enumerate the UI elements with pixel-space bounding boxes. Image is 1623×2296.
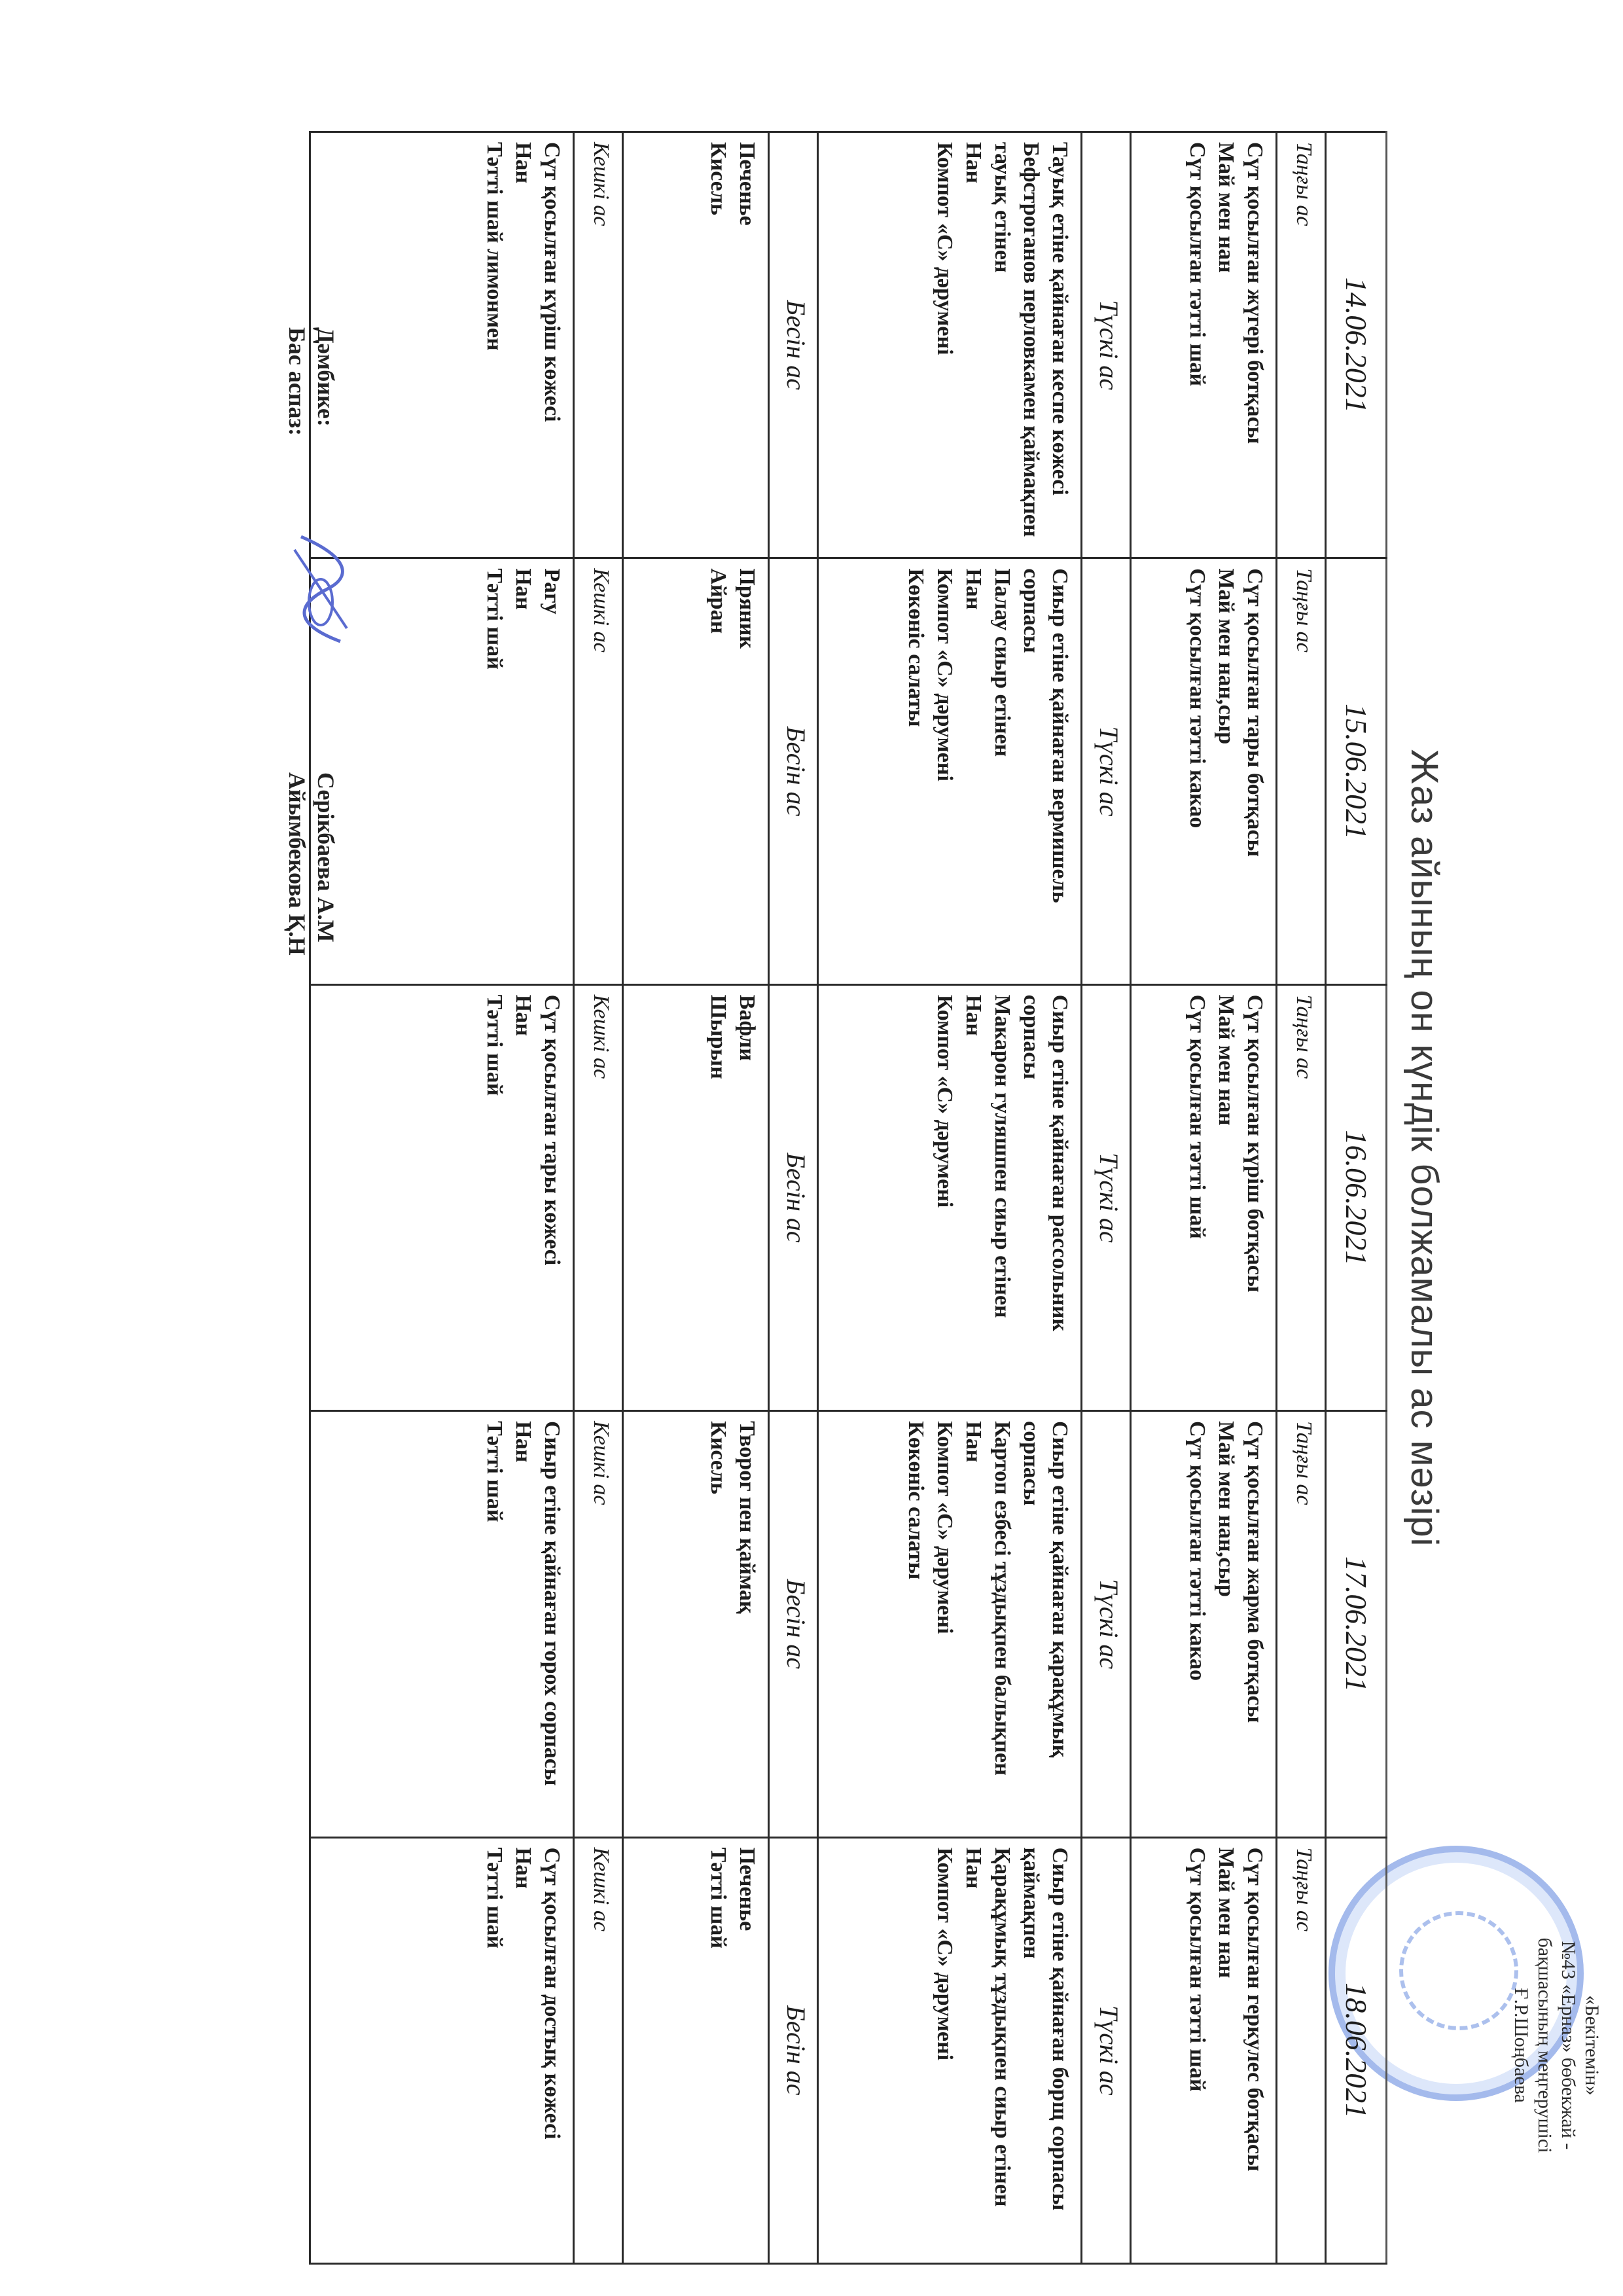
approval-stamp: «Бекітемін» №43 «Ерназ» бөбекжай - бақша… (1509, 1833, 1603, 2258)
menu-item: Компот «С» дәрумені (930, 1848, 959, 2253)
snack-items: ПеченьеТәтті шай (623, 1837, 769, 2263)
day-date: 14.06.2021 (1326, 132, 1387, 558)
menu-item: Компот «С» дәрумені (930, 1421, 959, 1827)
menu-item: Сүт қосылған тары көжесі (537, 995, 566, 1401)
menu-item: Вафли (732, 995, 761, 1401)
lunch-items: Сиыр етіне қайнаған қарақұмық сорпасыКар… (818, 1411, 1082, 1837)
signature-name: Серікбаева А.М (312, 772, 340, 942)
day-date: 18.06.2021 (1326, 1837, 1387, 2263)
day-date: 15.06.2021 (1326, 558, 1387, 984)
dinner-label-row: Кешкі асКешкі асКешкі асКешкі асКешкі ас (574, 132, 623, 2264)
menu-item: Компот «С» дәрумені (930, 142, 959, 548)
menu-item: Сүт қосылған күріш ботқасы (1240, 995, 1269, 1401)
menu-item: Май мен нан,сыр (1211, 568, 1240, 974)
menu-item: Тәтті шай (480, 995, 508, 1401)
breakfast-items: Сүт қосылған тары ботқасыМай мен нан,сыр… (1131, 558, 1277, 984)
approval-line: «Бекітемін» (1580, 1833, 1603, 2258)
snack-items: ВафлиШырын (623, 984, 769, 1410)
breakfast-label: Таңғы ас (1277, 558, 1326, 984)
menu-item: Май мен нан (1211, 1848, 1240, 2253)
menu-item: Сүт қосылған жарма ботқасы (1240, 1421, 1269, 1827)
menu-item: Печенье (732, 1848, 761, 2253)
menu-item: Кисель (704, 1421, 732, 1827)
menu-item: Сиыр етіне қайнаған горох сорпасы (537, 1421, 566, 1827)
dinner-label: Кешкі ас (574, 1411, 623, 1837)
lunch-items: Сиыр етіне қайнаған вермишель сорпасыПал… (818, 558, 1082, 984)
menu-item: Сиыр етіне қайнаған рассольник сорпасы (1016, 995, 1074, 1401)
lunch-label-row: Түскі асТүскі асТүскі асТүскі асТүскі ас (1082, 132, 1131, 2264)
menu-item: Кисель (704, 142, 732, 548)
snack-label: Бесін ас (769, 558, 818, 984)
menu-item: Қарақұмық тұздықпен сиыр етінен (988, 1848, 1016, 2253)
snack-items: ПряникАйран (623, 558, 769, 984)
snack-label: Бесін ас (769, 1837, 818, 2263)
menu-item: Компот «С» дәрумені (930, 995, 959, 1401)
breakfast-items: Сүт қосылған жарма ботқасыМай мен нан,сы… (1131, 1411, 1277, 1837)
menu-item: Сүт қосылған тары ботқасы (1240, 568, 1269, 974)
dinner-items: РагуНанТәтті шай (310, 558, 574, 984)
breakfast-items: Сүт қосылған күріш ботқасыМай мен нанСүт… (1131, 984, 1277, 1410)
menu-item: Нан (508, 1848, 537, 2253)
menu-item: Сүт қосылған жүгері ботқасы (1240, 142, 1269, 548)
breakfast-items: Сүт қосылған жүгері ботқасыМай мен нанСү… (1131, 132, 1277, 558)
menu-document: «Бекітемін» №43 «Ерназ» бөбекжай - бақша… (0, 0, 1623, 2296)
lunch-label: Түскі ас (1082, 984, 1131, 1410)
lunch-label: Түскі ас (1082, 1837, 1131, 2263)
day-date: 16.06.2021 (1326, 984, 1387, 1410)
menu-item: Май мен нан (1211, 142, 1240, 548)
menu-item: Сүт қосылған тәтті шай (1183, 142, 1211, 548)
menu-item: Сүт қосылған геркулес ботқасы (1240, 1848, 1269, 2253)
dinner-items: Сүт қосылған тары көжесіНанТәтті шай (310, 984, 574, 1410)
signature-name: Айымбекова Қ.Н (283, 772, 312, 956)
menu-item: Сиыр етіне қайнаған қарақұмық сорпасы (1016, 1421, 1074, 1827)
lunch-label: Түскі ас (1082, 1411, 1131, 1837)
menu-item: Сүт қосылған тәтті какао (1183, 1421, 1211, 1827)
date-row: 14.06.202115.06.202116.06.202117.06.2021… (1326, 132, 1387, 2264)
menu-item: Нан (508, 568, 537, 974)
breakfast-label: Таңғы ас (1277, 1837, 1326, 2263)
dinner-items-row: Сүт қосылған күріш көжесіНанТәтті шай ли… (310, 132, 574, 2264)
lunch-items: Тауық етіне қайнаған кеспе көжесіБефстро… (818, 132, 1082, 558)
dinner-label: Кешкі ас (574, 984, 623, 1410)
snack-items: Творог пен қаймақКисель (623, 1411, 769, 1837)
menu-item: Сүт қосылған достық көжесі (537, 1848, 566, 2253)
menu-item: Печенье (732, 142, 761, 548)
menu-item: Көкөніс салаты (901, 1421, 930, 1827)
lunch-items-row: Тауық етіне қайнаған кеспе көжесіБефстро… (818, 132, 1082, 2264)
signature-row: Дәмбике: Серікбаева А.М (312, 327, 340, 1244)
signature-row: Бас аспаз: Айымбекова Қ.Н (283, 327, 312, 1244)
menu-item: Сүт қосылған тәтті какао (1183, 568, 1211, 974)
signatures-block: Дәмбике: Серікбаева А.М Бас аспаз: Айымб… (283, 327, 340, 1244)
menu-item: Творог пен қаймақ (732, 1421, 761, 1827)
menu-item: Сүт қосылған күріш көжесі (537, 142, 566, 548)
menu-item: Компот «С» дәрумені (930, 568, 959, 974)
snack-label: Бесін ас (769, 984, 818, 1410)
menu-item: Көкөніс салаты (901, 568, 930, 974)
breakfast-items-row: Сүт қосылған жүгері ботқасыМай мен нанСү… (1131, 132, 1277, 2264)
approval-line: №43 «Ерназ» бөбекжай - (1556, 1833, 1580, 2258)
menu-item: Май мен нан (1211, 995, 1240, 1401)
dinner-label: Кешкі ас (574, 558, 623, 984)
menu-item: Палау сиыр етінен (988, 568, 1016, 974)
breakfast-label: Таңғы ас (1277, 1411, 1326, 1837)
day-date: 17.06.2021 (1326, 1411, 1387, 1837)
menu-item: Сиыр етіне қайнаған вермишель сорпасы (1016, 568, 1074, 974)
menu-item: Рагу (537, 568, 566, 974)
menu-item: Нан (508, 142, 537, 548)
lunch-label: Түскі ас (1082, 558, 1131, 984)
menu-item: Нан (508, 995, 537, 1401)
menu-item: Нан (959, 142, 988, 548)
menu-item: Сүт қосылған тәтті шай (1183, 995, 1211, 1401)
menu-item: Нан (959, 1421, 988, 1827)
menu-item: Картоп езбесі тұздықпен балықпен (988, 1421, 1016, 1827)
lunch-label: Түскі ас (1082, 132, 1131, 558)
menu-item: Айран (704, 568, 732, 974)
menu-item: Тәтті шай (480, 1848, 508, 2253)
menu-item: Тәтті шай (480, 568, 508, 974)
menu-item: Нан (959, 1848, 988, 2253)
signature-role: Бас аспаз: (283, 327, 312, 524)
menu-item: Тәтті шай лимонмен (480, 142, 508, 548)
lunch-items: Сиыр етіне қайнаған борщ сорпасы қаймақп… (818, 1837, 1082, 2263)
menu-table: 14.06.202115.06.202116.06.202117.06.2021… (309, 131, 1387, 2265)
breakfast-label: Таңғы ас (1277, 132, 1326, 558)
menu-item: Пряник (732, 568, 761, 974)
breakfast-label-row: Таңғы асТаңғы асТаңғы асТаңғы асТаңғы ас (1277, 132, 1326, 2264)
page-title: Жаз айының он күндік болжамалы ас мәзірі (1402, 0, 1446, 2296)
snack-label-row: Бесін асБесін асБесін асБесін асБесін ас (769, 132, 818, 2264)
menu-item: Нан (959, 995, 988, 1401)
dinner-label: Кешкі ас (574, 132, 623, 558)
breakfast-label: Таңғы ас (1277, 984, 1326, 1410)
menu-item: Макарон гуляшпен сиыр етінен (988, 995, 1016, 1401)
dinner-items: Сүт қосылған күріш көжесіНанТәтті шай ли… (310, 132, 574, 558)
menu-item: Нан (508, 1421, 537, 1827)
snack-label: Бесін ас (769, 1411, 818, 1837)
menu-item: Тәтті шай (480, 1421, 508, 1827)
dinner-label: Кешкі ас (574, 1837, 623, 2263)
menu-item: Нан (959, 568, 988, 974)
approval-line: Ғ.Р.Шоңбаева (1509, 1833, 1533, 2258)
dinner-items: Сиыр етіне қайнаған горох сорпасыНанТәтт… (310, 1411, 574, 1837)
lunch-items: Сиыр етіне қайнаған рассольник сорпасыМа… (818, 984, 1082, 1410)
snack-label: Бесін ас (769, 132, 818, 558)
approval-line: бақшасының меңгерушісі (1533, 1833, 1556, 2258)
breakfast-items: Сүт қосылған геркулес ботқасыМай мен нан… (1131, 1837, 1277, 2263)
menu-item: Сүт қосылған тәтті шай (1183, 1848, 1211, 2253)
menu-item: Сиыр етіне қайнаған борщ сорпасы қаймақп… (1016, 1848, 1074, 2253)
menu-item: Май мен нан,сыр (1211, 1421, 1240, 1827)
snack-items: ПеченьеКисель (623, 132, 769, 558)
menu-item: Бефстроганов перловкамен қаймақпен тауық… (988, 142, 1045, 548)
dinner-items: Сүт қосылған достық көжесіНанТәтті шай (310, 1837, 574, 2263)
menu-item: Тауық етіне қайнаған кеспе көжесі (1045, 142, 1074, 548)
menu-item: Шырын (704, 995, 732, 1401)
signature-role: Дәмбике: (312, 327, 340, 524)
snack-items-row: ПеченьеКисельПряникАйранВафлиШырынТворог… (623, 132, 769, 2264)
menu-item: Тәтті шай (704, 1848, 732, 2253)
